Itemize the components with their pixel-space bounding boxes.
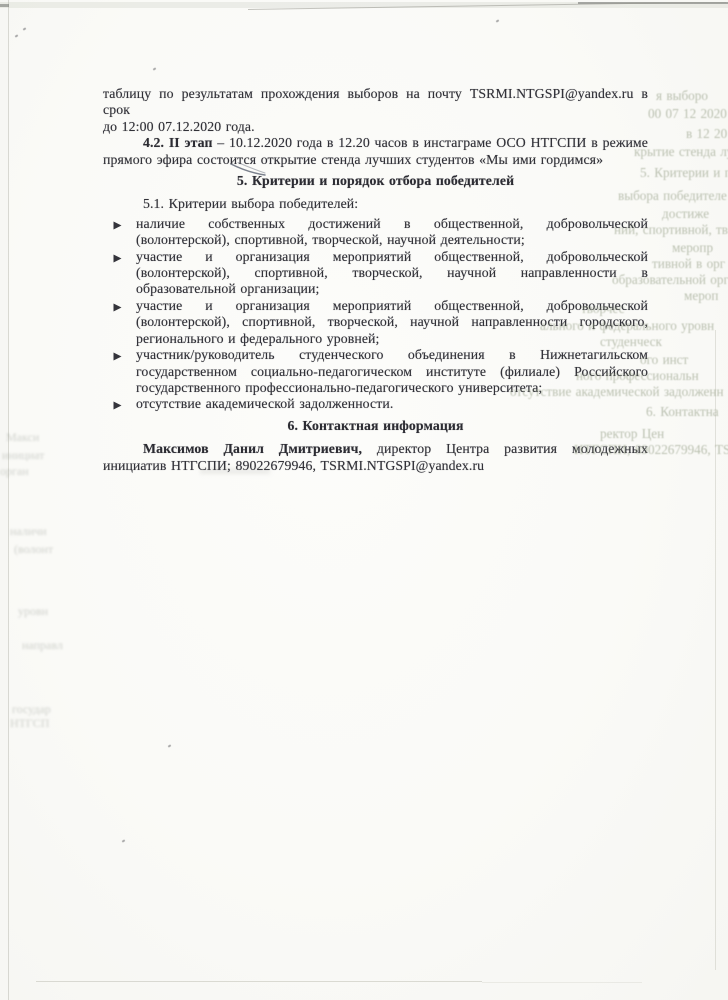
arrowhead-right-icon: [112, 350, 123, 361]
ghost-text-fragment: образовательной организацией: [612, 272, 728, 288]
ghost-text-fragment: направл: [22, 638, 63, 653]
page-edge-bottom-line: [36, 981, 482, 982]
text-line: участник/руководитель студенческого объе…: [136, 347, 648, 363]
document-body: таблицу по результатам прохождения выбор…: [103, 86, 648, 474]
ghost-text-fragment: инициат: [2, 448, 44, 463]
ghost-text-fragment: выбора победителе: [618, 188, 727, 204]
ghost-text-fragment: ого инст: [640, 352, 688, 368]
text-line: (волонтерской), спортивной, творческой, …: [136, 232, 648, 248]
ghost-text-fragment: НТГСПИ; 89022679946, TSRM: [574, 442, 728, 458]
ghost-text-fragment: крытие стенда луч: [634, 144, 728, 160]
page-edge-left-line: [8, 0, 9, 1000]
text-line: 4.2. II этап – 10.12.2020 года в 12.20 ч…: [103, 135, 648, 151]
ghost-text-fragment: ректор Цен: [600, 426, 664, 442]
arrowhead-right-icon: [112, 219, 123, 230]
ghost-text-fragment: творчес: [581, 301, 624, 317]
ghost-text-fragment: государ: [12, 702, 51, 717]
arrowhead-right-icon: [112, 301, 123, 312]
list-item: участие и организация мероприятий общест…: [103, 249, 648, 298]
paragraph: Максимов Данил Дмитриевич, директор Цент…: [103, 441, 648, 474]
ghost-text-fragment: достиже: [662, 206, 709, 222]
text-line: Максимов Данил Дмитриевич, директор Цент…: [103, 441, 648, 457]
scan-speck: [168, 744, 172, 747]
scan-speck: [122, 839, 126, 842]
text-line: таблицу по результатам прохождения выбор…: [103, 86, 648, 119]
ghost-text-fragment: 6. Контактна: [646, 404, 719, 420]
scan-smudge: [200, 468, 270, 474]
ghost-text-fragment: уровн: [18, 604, 48, 619]
ghost-text-fragment: Макси: [6, 430, 39, 445]
paragraph: таблицу по результатам прохождения выбор…: [103, 86, 648, 135]
page-edge-left-strip: [0, 0, 8, 1000]
ghost-text-fragment: я выборо: [656, 88, 708, 104]
ghost-text-fragment: студенческ: [600, 334, 662, 350]
arrowhead-right-icon: [112, 399, 123, 410]
text-line: участие и организация мероприятий общест…: [136, 298, 648, 314]
text-line: наличие собственных достижений в обществ…: [136, 216, 648, 232]
ghost-text-fragment: ального и федерального уровн: [540, 318, 714, 334]
pen-mark: [229, 161, 271, 179]
scanned-document-page: { "page": { "kind": "scanned paper docum…: [0, 0, 728, 1000]
ghost-text-fragment: ного профессиональн: [576, 368, 699, 384]
ghost-text-fragment: 00 07 12 2020 года: [648, 106, 728, 122]
ghost-text-fragment: (волонт: [14, 542, 53, 557]
text-line: прямого эфира состоится открытие стенда …: [103, 152, 648, 168]
paragraph: 5.1. Критерии выбора победителей:: [103, 196, 648, 212]
arrowhead-right-icon: [112, 252, 123, 263]
scan-speck: [15, 34, 19, 37]
text-line: (волонтерской), спортивной, творческой, …: [136, 265, 648, 281]
text-line: государственном социально-педагогическом…: [136, 364, 648, 380]
paragraph: 4.2. II этап – 10.12.2020 года в 12.20 ч…: [103, 135, 648, 168]
ghost-text-fragment: НТГСП: [10, 716, 49, 731]
ghost-text-fragment: 5. Критерии и поряд: [640, 165, 728, 181]
scan-speck: [153, 67, 157, 70]
ghost-text-fragment: наличи: [10, 524, 47, 539]
ghost-text-fragment: в 12 20: [686, 126, 727, 142]
section-heading: 6. Контактная информация: [103, 418, 648, 434]
page-edge-top-diagonal: [0, 0, 728, 14]
ghost-text-fragment: тивной в орг: [652, 256, 725, 272]
page-edge-bottom-line-faint: [482, 982, 642, 983]
scan-speck: [23, 27, 27, 30]
page-edge-right-line: [715, 330, 716, 970]
ghost-text-fragment: отсутствие академической задолженн: [510, 384, 724, 400]
text-line: образовательной организации;: [136, 281, 648, 297]
text-line: участие и организация мероприятий общест…: [136, 249, 648, 265]
scan-speck: [496, 19, 500, 22]
ghost-text-fragment: ний, спортивной, творческ: [614, 222, 728, 238]
section-heading: 5. Критерии и порядок отбора победителей: [103, 173, 648, 189]
ghost-text-fragment: орган: [0, 464, 29, 479]
text-line: 5.1. Критерии выбора победителей:: [103, 196, 648, 212]
text-line: инициатив НТГСПИ; 89022679946, TSRMI.NTG…: [103, 458, 648, 474]
ghost-text-fragment: мероп: [684, 288, 718, 304]
text-line: до 12:00 07.12.2020 года.: [103, 119, 648, 135]
ghost-text-fragment: меропр: [672, 240, 713, 256]
list-item: наличие собственных достижений в обществ…: [103, 216, 648, 249]
